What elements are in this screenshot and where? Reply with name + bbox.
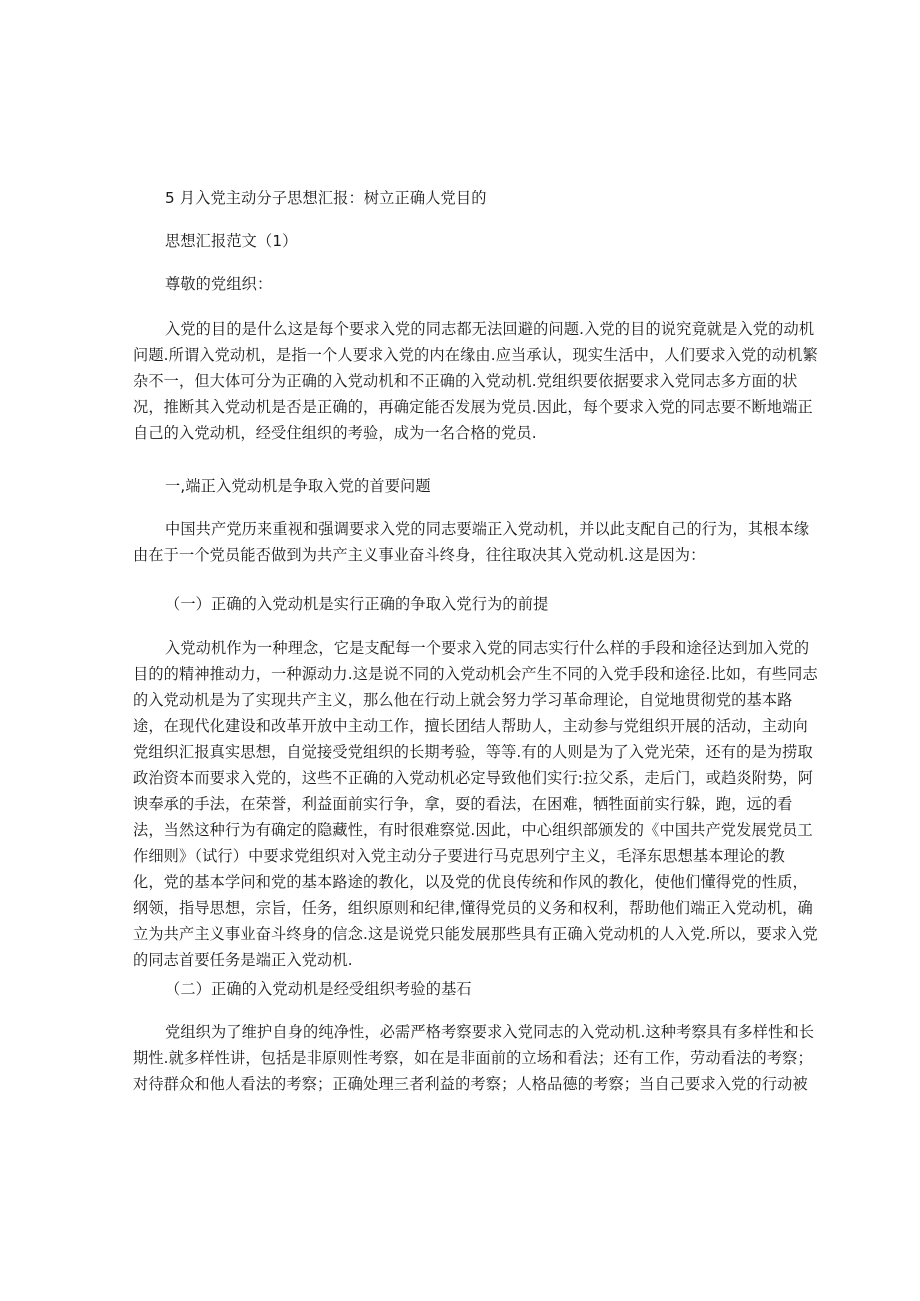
paragraph-line: 立为共产主义事业奋斗终身的信念.这是说党只能发展那些具有正确入党动机的人入党.所…	[133, 921, 787, 947]
salutation: 尊敬的党组织：	[165, 274, 272, 294]
paragraph-line: 法，当然这种行为有确定的隐藏性，有时很难察觉.因此，中心组织部颁发的《中国共产党…	[133, 817, 787, 843]
paragraph-line: 中国共产党历来重视和强调要求入党的同志要端正入党动机，并以此支配自己的行为，其根…	[133, 516, 787, 542]
paragraph-line: 杂不一，但大体可分为正确的入党动机和不正确的入党动机.党组织要依据要求入党同志多…	[133, 368, 787, 394]
subsection-heading-2: （二）正确的入党动机是经受组织考验的基石	[165, 979, 472, 999]
paragraph-line: 途，在现代化建设和改革开放中主动工作，擅长团结人帮助人，主动参与党组织开展的活动…	[133, 713, 787, 739]
paragraph-line: 期性.就多样性讲，包括是非原则性考察，如在是非面前的立场和看法；还有工作，劳动看…	[133, 1045, 787, 1071]
paragraph-section1-intro: 中国共产党历来重视和强调要求入党的同志要端正入党动机，并以此支配自己的行为，其根…	[133, 516, 787, 568]
paragraph-line: 化，党的基本学问和党的基本路途的教化，以及党的优良传统和作风的教化，使他们懂得党…	[133, 869, 787, 895]
paragraph-line: 纲领，指导思想，宗旨，任务，组织原则和纪律,懂得党员的义务和权利，帮助他们端正入…	[133, 895, 787, 921]
paragraph-line: 对待群众和他人看法的考察；正确处理三者利益的考察；人格品德的考察；当自己要求入党…	[133, 1071, 787, 1097]
paragraph-line: 问题.所谓入党动机，是指一个人要求入党的内在缘由.应当承认，现实生活中，人们要求…	[133, 342, 787, 368]
paragraph-line: 入党动机作为一种理念，它是支配每一个要求入党的同志实行什么样的手段和途径达到加入…	[133, 635, 787, 661]
paragraph-line: 由在于一个党员能否做到为共产主义事业奋斗终身，往往取决其入党动机.这是因为：	[133, 542, 787, 568]
paragraph-line: 自己的入党动机，经受住组织的考验，成为一名合格的党员.	[133, 420, 787, 446]
paragraph-line: 入党的目的是什么这是每个要求入党的同志都无法回避的问题.入党的目的说究竟就是入党…	[133, 316, 787, 342]
paragraph-line: 谀奉承的手法，在荣誉，利益面前实行争，拿，耍的看法，在困难，牺牲面前实行躲，跑，…	[133, 791, 787, 817]
paragraph-line: 党组织为了维护自身的纯净性，必需严格考察要求入党同志的入党动机.这种考察具有多样…	[133, 1019, 787, 1045]
paragraph-intro: 入党的目的是什么这是每个要求入党的同志都无法回避的问题.入党的目的说究竟就是入党…	[133, 316, 787, 446]
paragraph-sub2-body: 党组织为了维护自身的纯净性，必需严格考察要求入党同志的入党动机.这种考察具有多样…	[133, 1019, 787, 1097]
paragraph-line: 作细则》（试行）中要求党组织对入党主动分子要进行马克思列宁主义，毛泽东思想基本理…	[133, 843, 787, 869]
document-subtitle: 思想汇报范文（1）	[165, 231, 298, 251]
paragraph-line: 的入党动机是为了实现共产主义，那么他在行动上就会努力学习革命理论，自觉地贯彻党的…	[133, 687, 787, 713]
paragraph-line: 的同志首要任务是端正入党动机.	[133, 947, 787, 973]
paragraph-line: 党组织汇报真实思想，自觉接受党组织的长期考验，等等.有的人则是为了入党光荣，还有…	[133, 739, 787, 765]
section-heading-1: 一,端正入党动机是争取入党的首要问题	[165, 476, 431, 496]
paragraph-line: 况，推断其入党动机是否是正确的，再确定能否发展为党员.因此，每个要求入党的同志要…	[133, 394, 787, 420]
subsection-heading-1: （一）正确的入党动机是实行正确的争取入党行为的前提	[165, 594, 548, 614]
paragraph-sub1-body: 入党动机作为一种理念，它是支配每一个要求入党的同志实行什么样的手段和途径达到加入…	[133, 635, 787, 973]
paragraph-line: 政治资本而要求入党的，这些不正确的入党动机必定导致他们实行:拉父系，走后门，或趋…	[133, 765, 787, 791]
paragraph-line: 目的的精神推动力，一种源动力.这是说不同的入党动机会产生不同的入党手段和途径.比…	[133, 661, 787, 687]
document-title: 5 月入党主动分子思想汇报：树立正确人党目的	[165, 188, 487, 208]
